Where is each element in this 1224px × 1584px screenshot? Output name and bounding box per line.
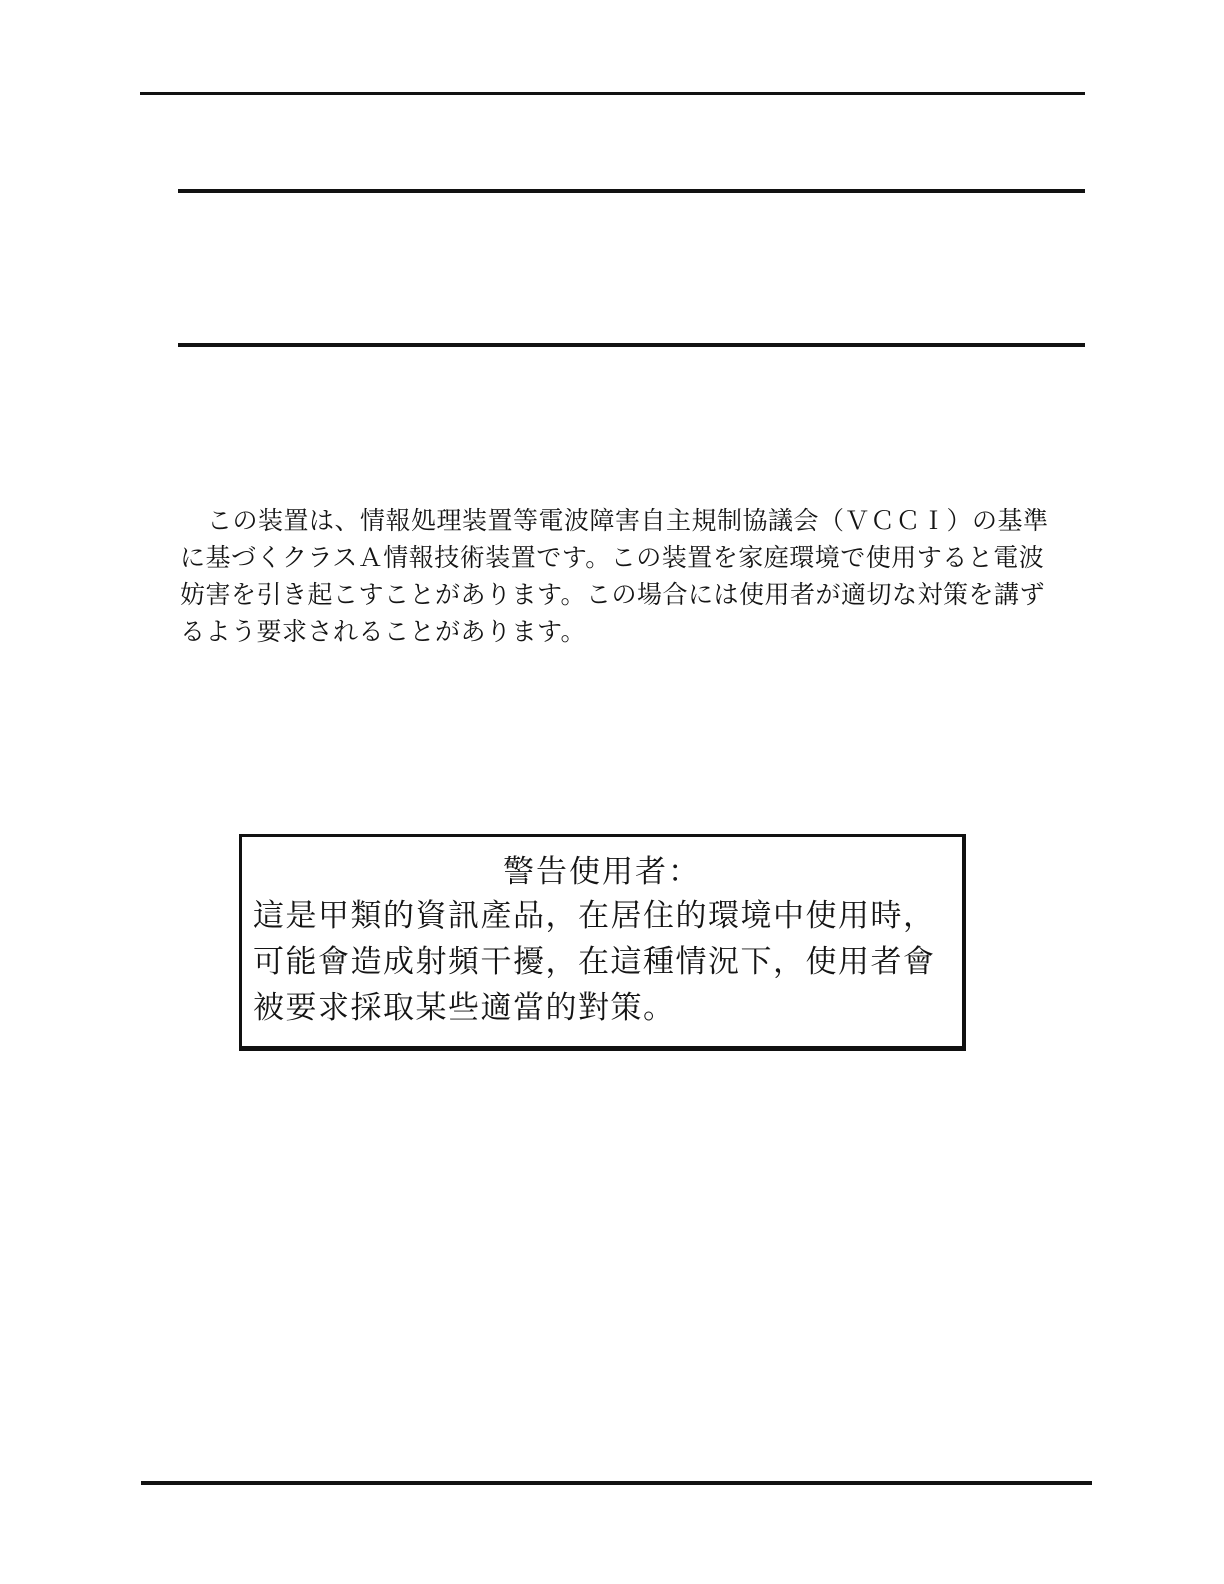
section-heading-rule-lower xyxy=(178,343,1085,347)
notice-text-line: 妨害を引き起こすことがあります。この場合には使用者が適切な対策を講ず xyxy=(180,577,1075,614)
notice-text-line: この装置は、情報処理装置等電波障害自主規制協議会（ＶＣＣＩ）の基準 xyxy=(180,503,1075,540)
vcci-class-a-notice: この装置は、情報処理装置等電波障害自主規制協議会（ＶＣＣＩ）の基準 に基づくクラ… xyxy=(180,503,1075,651)
page-header-rule xyxy=(140,92,1085,95)
page-footer-rule xyxy=(141,1481,1092,1485)
section-heading-rule-upper xyxy=(178,189,1085,193)
scanned-document-page: この装置は、情報処理装置等電波障害自主規制協議会（ＶＣＣＩ）の基準 に基づくクラ… xyxy=(0,0,1224,1584)
warning-text-line: 被要求採取某些適當的對策。 xyxy=(242,985,962,1031)
warning-box-title: 警告使用者： xyxy=(242,851,962,893)
notice-text-line: るよう要求されることがあります。 xyxy=(180,614,1075,651)
bsmi-class-a-warning-box: 警告使用者： 這是甲類的資訊產品，在居住的環境中使用時， 可能會造成射頻干擾，在… xyxy=(239,834,966,1051)
warning-text-line: 可能會造成射頻干擾，在這種情況下，使用者會 xyxy=(242,939,962,985)
warning-text-line: 這是甲類的資訊產品，在居住的環境中使用時， xyxy=(242,893,962,939)
notice-text-line: に基づくクラスＡ情報技術装置です。この装置を家庭環境で使用すると電波 xyxy=(180,540,1075,577)
